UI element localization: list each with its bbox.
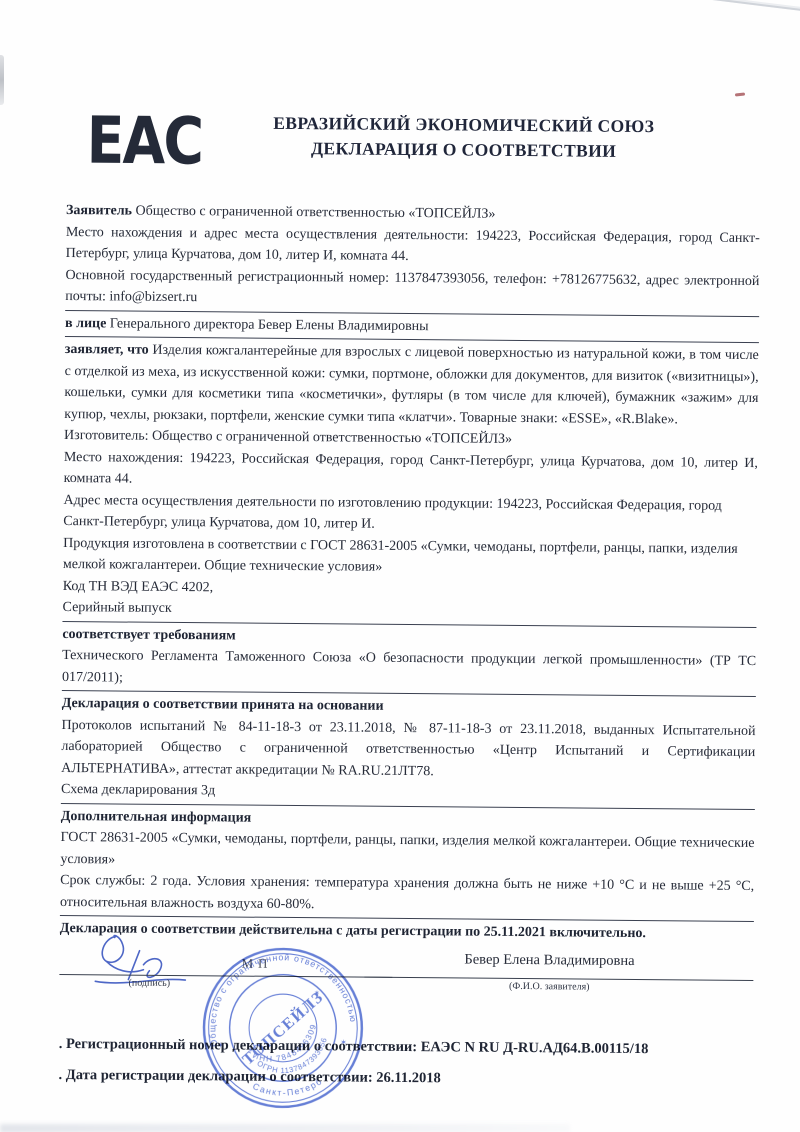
document-title: ЕВРАЗИЙСКИЙ ЭКОНОМИЧЕСКИЙ СОЮЗ ДЕКЛАРАЦИ… [196,104,730,165]
manufacturer-address: Место нахождения: 194223, Российская Фед… [64,447,758,496]
title-line-union: ЕВРАЗИЙСКИЙ ЭКОНОМИЧЕСКИЙ СОЮЗ [197,110,731,140]
basis-section: Декларация о соответствии принята на осн… [61,693,756,807]
stamp-star-icon: ✶ [217,1040,224,1049]
title-line-declaration: ДЕКЛАРАЦИЯ О СООТВЕТСТВИИ [196,135,730,165]
stamp-star-icon: ✶ [314,989,320,997]
company-stamp: Общество с ограниченной ответственностью… [200,945,365,1110]
basis-text: Протоколов испытаний № 84-11-18-3 от 23.… [61,714,756,785]
stamp-star-icon: ✶ [340,1037,347,1046]
registration-number-line: . Регистрационный номер декларации о соо… [59,1035,753,1058]
signature-caption: (подпись) [87,977,211,989]
registration-date-line: . Дата регистрации декларации о соответс… [58,1067,752,1090]
scan-bottom-smudge [0,1124,570,1132]
applicant-name: Общество с ограниченной ответственностью… [132,204,496,222]
representative-label: в лице [65,316,106,331]
gost-line: Продукция изготовлена в соответствии с Г… [63,533,757,582]
statement-products-text: Изделия кожгалантерейные для взрослых с … [64,343,759,427]
applicant-label: Заявитель [66,203,132,219]
representative-name: Генерального директора Бевер Елены Влади… [106,316,428,334]
additional-gost: ГОСТ 28631-2005 «Сумки, чемоданы, портфе… [60,827,754,876]
declarant-name-caption: (Ф.И.О. заявителя) [439,980,659,993]
statement-products: заявляет, что Изделия кожгалантерейные д… [64,339,759,431]
applicant-section: Заявитель Общество с ограниченной ответс… [65,200,760,314]
stamp-star-icon: ✶ [248,1046,254,1054]
statement-label: заявляет, что [65,342,149,358]
compliance-text: Технического Регламента Таможенного Союз… [62,645,756,694]
compliance-section: соответствует требованиям Технического Р… [62,623,757,694]
signature-block: (подпись) МП Бевер Елена Владимировна (Ф… [59,943,754,1015]
scanned-declaration-document: ЕАС ЕВРАЗИЙСКИЙ ЭКОНОМИЧЕСКИЙ СОЮЗ ДЕКЛА… [0,0,800,1132]
document-header: ЕАС ЕВРАЗИЙСКИЙ ЭКОНОМИЧЕСКИЙ СОЮЗ ДЕКЛА… [66,103,761,179]
applicant-address: Место нахождения и адрес места осуществл… [66,222,760,271]
scan-left-edge-mark [0,55,4,105]
applicant-ogrn: Основной государственный регистрационный… [65,265,759,314]
production-address: Адрес места осуществления деятельности п… [63,490,757,539]
eac-logo: ЕАС [86,103,188,179]
document-content: ЕАС ЕВРАЗИЙСКИЙ ЭКОНОМИЧЕСКИЙ СОЮЗ ДЕКЛА… [58,0,762,1105]
additional-storage: Срок службы: 2 года. Условия хранения: т… [60,870,754,919]
statement-section: заявляет, что Изделия кожгалантерейные д… [62,339,758,625]
additional-info-section: Дополнительная информация ГОСТ 28631-200… [60,805,755,919]
declarant-name: Бевер Елена Владимировна [389,950,709,970]
